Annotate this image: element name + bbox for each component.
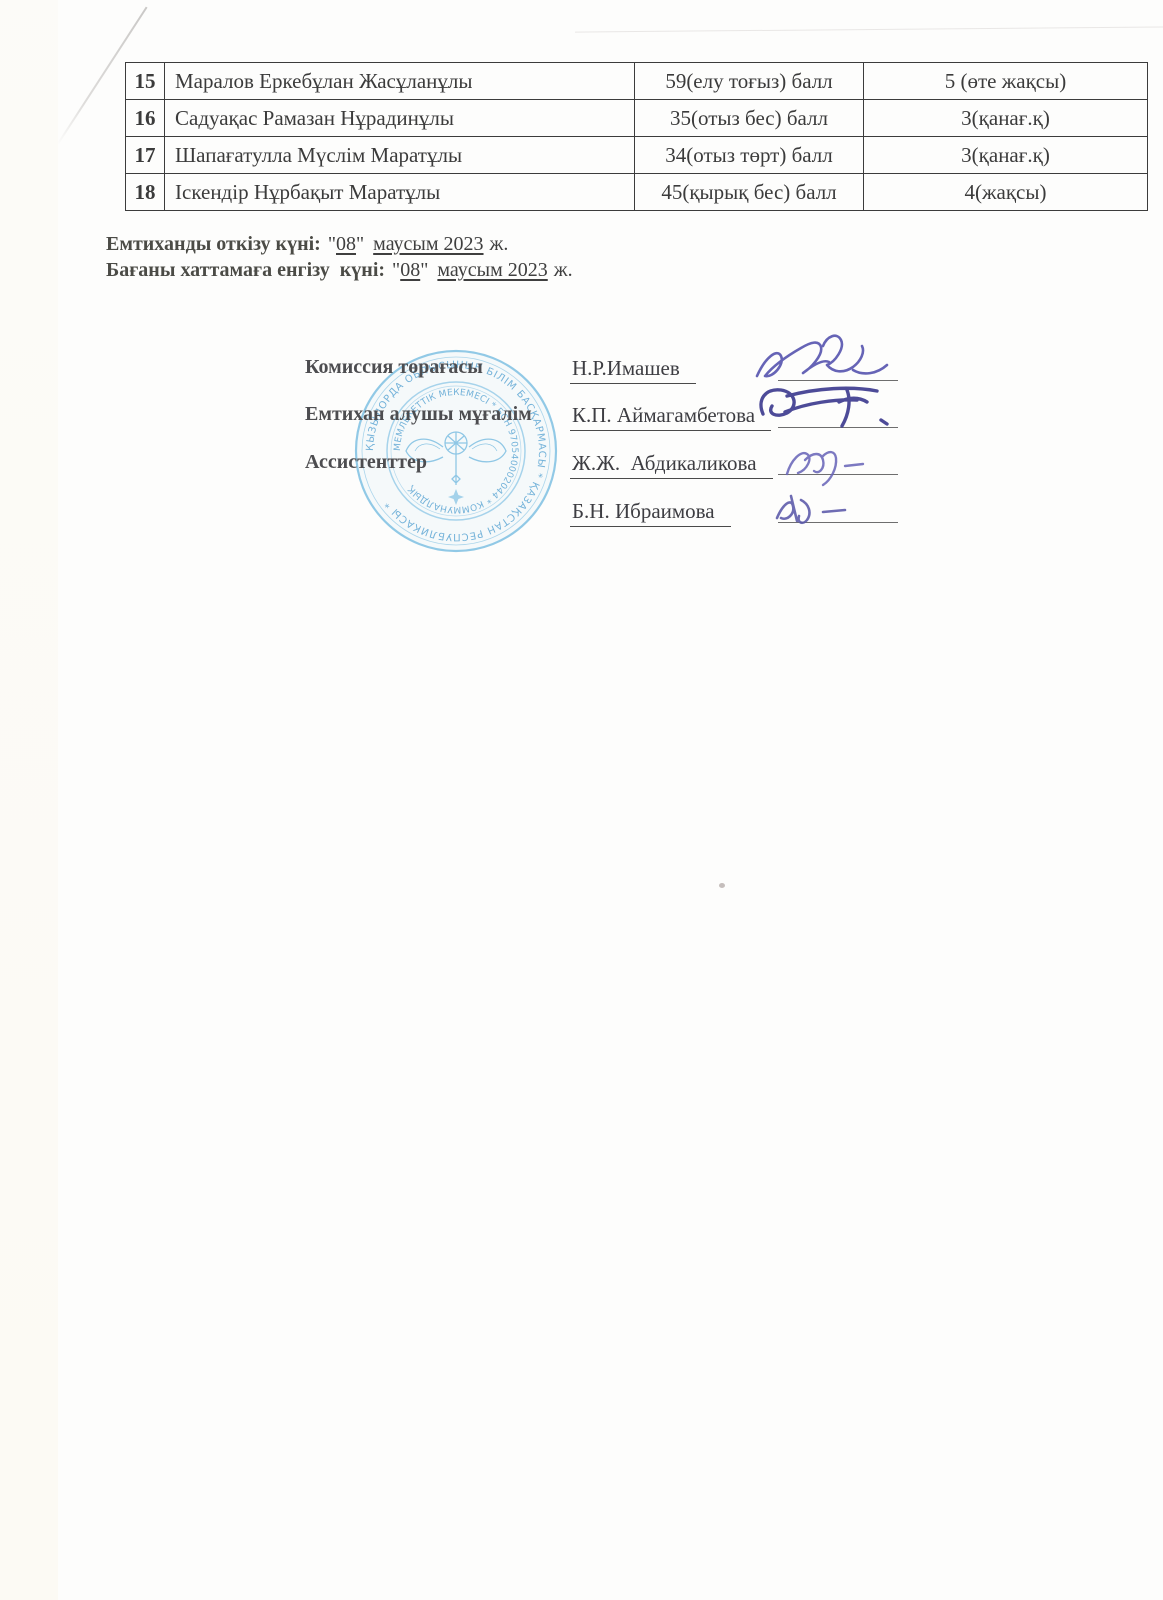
date-block: Емтиханды откізу күні:"08"маусым 2023ж. … <box>106 231 573 283</box>
exam-results-table: 15 Маралов Еркебұлан Жасұланұлы 59(елу т… <box>125 62 1148 211</box>
student-name: Маралов Еркебұлан Жасұланұлы <box>165 63 635 100</box>
quote-open: " <box>392 259 400 281</box>
exam-month-year: маусым 2023 <box>373 233 483 255</box>
signature-imashev <box>757 336 887 376</box>
year-suffix: ж. <box>490 233 509 255</box>
exam-date-label: Емтиханды откізу күні: <box>106 233 321 255</box>
protocol-date-line: Бағаны хаттамаға енгізу күні:"08"маусым … <box>106 257 573 283</box>
quote-close: " <box>420 259 428 281</box>
signer-name: Б.Н. Ибраимова <box>570 499 731 527</box>
quote-open: " <box>328 233 336 255</box>
row-number: 15 <box>126 63 165 100</box>
table-row: 16 Садуақас Рамазан Нұрадинұлы 35(отыз б… <box>126 100 1148 137</box>
scan-edge-tint <box>0 0 58 1600</box>
table-row: 18 Іскендір Нұрбақыт Маратұлы 45(қырық б… <box>126 174 1148 211</box>
row-number: 16 <box>126 100 165 137</box>
role-commission-chair: Комиссия төрағасы <box>305 356 483 379</box>
protocol-month-year: маусым 2023 <box>437 259 547 281</box>
protocol-day: 08 <box>400 259 420 281</box>
student-name: Іскендір Нұрбақыт Маратұлы <box>165 174 635 211</box>
grade-cell: 4(жақсы) <box>864 174 1148 211</box>
exam-date-line: Емтиханды откізу күні:"08"маусым 2023ж. <box>106 231 573 257</box>
grade-cell: 3(қанағ.қ) <box>864 137 1148 174</box>
score-cell: 45(қырық бес) балл <box>635 174 864 211</box>
handwritten-signatures <box>735 318 935 538</box>
role-assistants: Ассистенттер <box>305 451 427 474</box>
table-row: 17 Шапағатулла Мүслім Маратұлы 34(отыз т… <box>126 137 1148 174</box>
student-name: Шапағатулла Мүслім Маратұлы <box>165 137 635 174</box>
signature-aimagambetova <box>761 388 887 426</box>
score-cell: 34(отыз төрт) балл <box>635 137 864 174</box>
signer-name: Н.Р.Имашев <box>570 356 696 384</box>
signature-abdikalikova <box>787 452 863 485</box>
protocol-date-label: Бағаны хаттамаға енгізу күні: <box>106 259 385 281</box>
student-name: Садуақас Рамазан Нұрадинұлы <box>165 100 635 137</box>
quote-close: " <box>356 233 364 255</box>
exam-day: 08 <box>336 233 356 255</box>
scan-top-line-artifact <box>575 26 1163 33</box>
role-examiner-teacher: Емтихан алушы мұғалім <box>305 403 532 426</box>
table-row: 15 Маралов Еркебұлан Жасұланұлы 59(елу т… <box>126 63 1148 100</box>
row-number: 18 <box>126 174 165 211</box>
grade-cell: 3(қанағ.қ) <box>864 100 1148 137</box>
score-cell: 59(елу тоғыз) балл <box>635 63 864 100</box>
score-cell: 35(отыз бес) балл <box>635 100 864 137</box>
grade-cell: 5 (өте жақсы) <box>864 63 1148 100</box>
signature-ibraimova <box>777 496 845 523</box>
row-number: 17 <box>126 137 165 174</box>
year-suffix: ж. <box>554 259 573 281</box>
scan-speck-artifact <box>719 883 725 888</box>
